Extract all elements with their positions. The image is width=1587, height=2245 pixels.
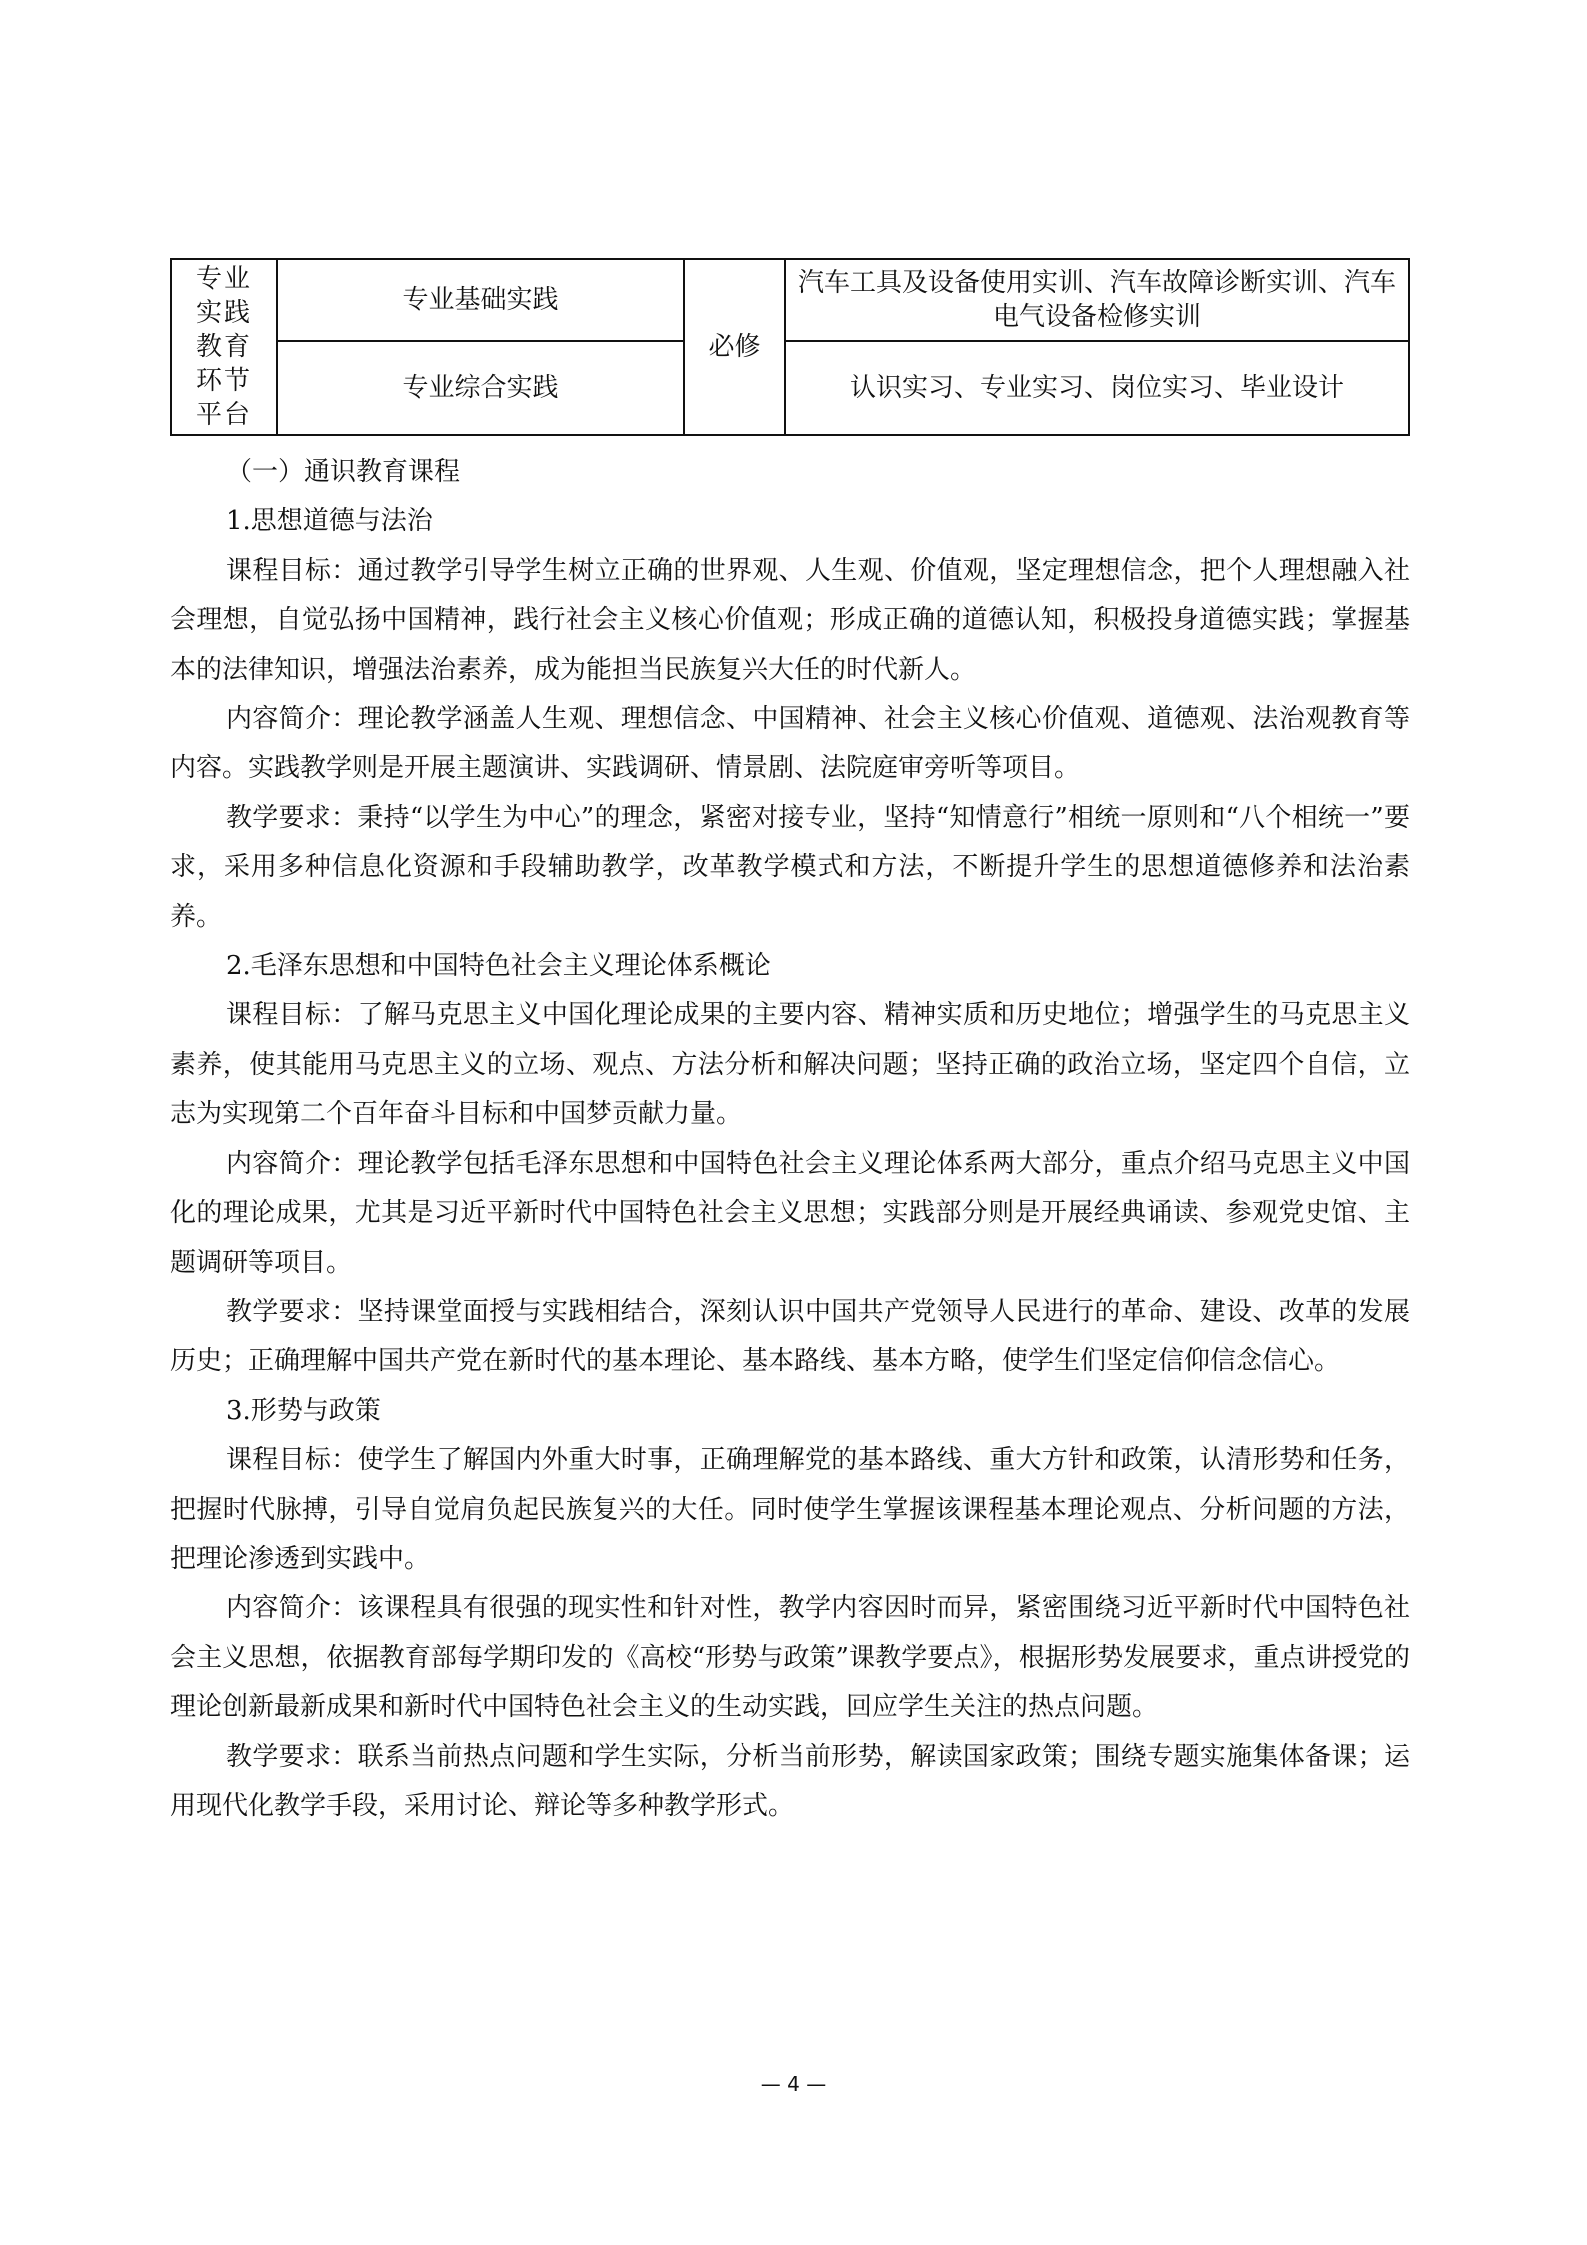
table-row: 专业综合实践 认识实习、专业实习、岗位实习、毕业设计	[171, 341, 1409, 435]
requirement-cell: 必修	[684, 259, 785, 435]
course-content: 内容简介：理论教学涵盖人生观、理想信念、中国精神、社会主义核心价值观、道德观、法…	[170, 695, 1410, 794]
course-content: 内容简介：该课程具有很强的现实性和针对性，教学内容因时而异，紧密围绕习近平新时代…	[170, 1584, 1410, 1732]
platform-label-line: 教育	[172, 330, 276, 364]
table-row: 专业 实践 教育 环节 平台 专业基础实践 必修 汽车工具及设备使用实训、汽车故…	[171, 259, 1409, 341]
platform-label-line: 环节	[172, 364, 276, 398]
module-cell: 专业基础实践	[277, 259, 684, 341]
content-cell: 认识实习、专业实习、岗位实习、毕业设计	[785, 341, 1409, 435]
platform-label-line: 平台	[172, 398, 276, 432]
course-goal: 课程目标：了解马克思主义中国化理论成果的主要内容、精神实质和历史地位；增强学生的…	[170, 991, 1410, 1139]
course-requirement: 教学要求：坚持课堂面授与实践相结合，深刻认识中国共产党领导人民进行的革命、建设、…	[170, 1288, 1410, 1387]
platform-label-line: 实践	[172, 296, 276, 330]
section-heading: （一）通识教育课程	[170, 448, 1410, 497]
course-title: 1.思想道德与法治	[170, 497, 1410, 546]
course-title: 2.毛泽东思想和中国特色社会主义理论体系概论	[170, 942, 1410, 991]
body-text: （一）通识教育课程 1.思想道德与法治 课程目标：通过教学引导学生树立正确的世界…	[170, 448, 1410, 1831]
practice-platform-table: 专业 实践 教育 环节 平台 专业基础实践 必修 汽车工具及设备使用实训、汽车故…	[170, 258, 1410, 436]
course-goal: 课程目标：通过教学引导学生树立正确的世界观、人生观、价值观，坚定理想信念，把个人…	[170, 547, 1410, 695]
course-goal: 课程目标：使学生了解国内外重大时事，正确理解党的基本路线、重大方针和政策，认清形…	[170, 1436, 1410, 1584]
content-cell: 汽车工具及设备使用实训、汽车故障诊断实训、汽车电气设备检修实训	[785, 259, 1409, 341]
document-page: 专业 实践 教育 环节 平台 专业基础实践 必修 汽车工具及设备使用实训、汽车故…	[0, 0, 1587, 2245]
course-requirement: 教学要求：秉持“以学生为中心”的理念，紧密对接专业，坚持“知情意行”相统一原则和…	[170, 794, 1410, 942]
platform-label-line: 专业	[172, 262, 276, 296]
course-content: 内容简介：理论教学包括毛泽东思想和中国特色社会主义理论体系两大部分，重点介绍马克…	[170, 1140, 1410, 1288]
course-title: 3.形势与政策	[170, 1387, 1410, 1436]
course-requirement: 教学要求：联系当前热点问题和学生实际，分析当前形势，解读国家政策；围绕专题实施集…	[170, 1733, 1410, 1832]
platform-cell: 专业 实践 教育 环节 平台	[171, 259, 277, 435]
page-number: — 4 —	[0, 2072, 1587, 2096]
module-cell: 专业综合实践	[277, 341, 684, 435]
